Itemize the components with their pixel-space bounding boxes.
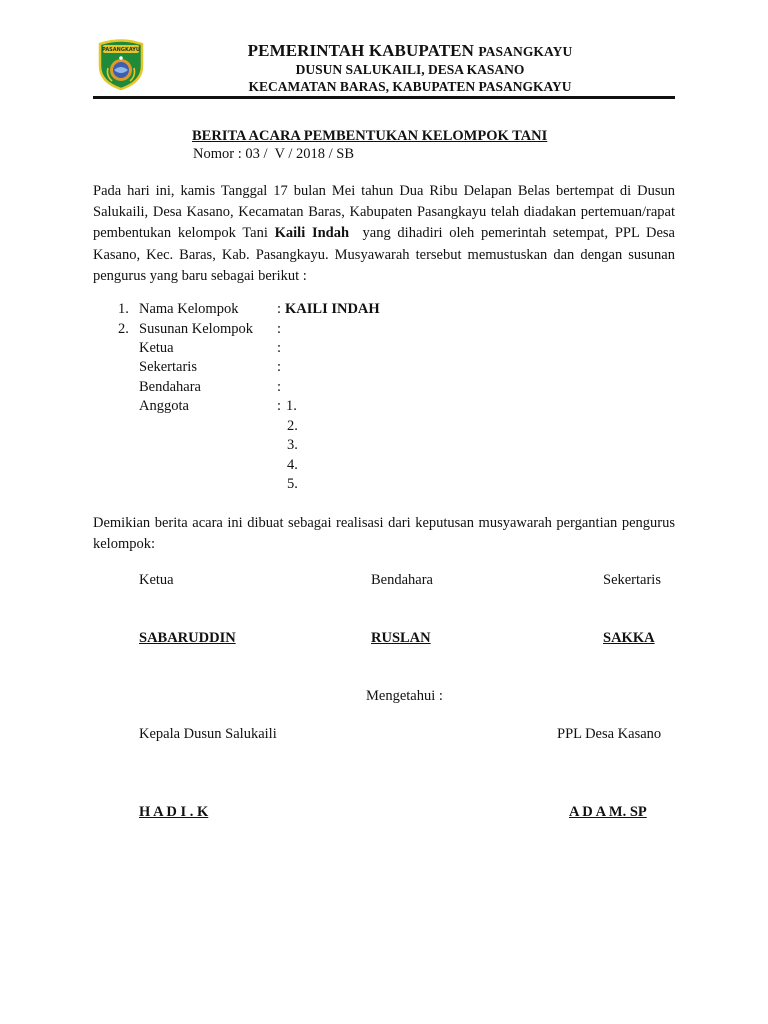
member-number: 3. [287, 436, 298, 454]
list-label: Nama Kelompok [139, 300, 238, 318]
letterhead-title: PEMERINTAH KABUPATEN PASANGKAYU [150, 41, 670, 62]
regency-crest-logo: PASANGKAYU [96, 38, 146, 90]
acknowledger-name-kepala-dusun: H A D I . K [139, 803, 208, 821]
member-number: 2. [287, 417, 298, 435]
svg-text:PASANGKAYU: PASANGKAYU [102, 47, 140, 53]
signatory-name-bendahara: RUSLAN [371, 629, 431, 647]
acknowledger-role-kepala-dusun: Kepala Dusun Salukaili [139, 725, 277, 743]
list-colon: : [277, 397, 281, 415]
member-number: 5. [287, 475, 298, 493]
document-number: Nomor : 03 / V / 2018 / SB [193, 145, 354, 163]
document-title: BERITA ACARA PEMBENTUKAN KELOMPOK TANI [192, 127, 547, 145]
list-label: Anggota [139, 397, 189, 415]
list-label: Sekertaris [139, 358, 197, 376]
list-colon: : [277, 378, 281, 396]
signatory-role-sekertaris: Sekertaris [603, 571, 661, 589]
letterhead-village: DUSUN SALUKAILI, DESA KASANO [150, 62, 670, 78]
closing-paragraph: Demikian berita acara ini dibuat sebagai… [93, 513, 675, 555]
list-number: 2. [118, 320, 129, 338]
list-label: Ketua [139, 339, 174, 357]
signatory-role-ketua: Ketua [139, 571, 174, 589]
member-number: 1. [286, 397, 297, 415]
signatory-name-ketua: SABARUDDIN [139, 629, 236, 647]
letterhead-divider [93, 96, 675, 99]
acknowledger-name-ppl: A D A M. SP [569, 803, 647, 821]
group-name-value: KAILI INDAH [285, 300, 380, 318]
signatory-name-sekertaris: SAKKA [603, 629, 655, 647]
letterhead-title-main: PEMERINTAH KABUPATEN [248, 41, 479, 60]
list-number: 1. [118, 300, 129, 318]
list-colon: : [277, 300, 281, 318]
list-colon: : [277, 320, 281, 338]
list-label: Bendahara [139, 378, 201, 396]
acknowledged-label: Mengetahui : [366, 687, 443, 705]
signatory-role-bendahara: Bendahara [371, 571, 433, 589]
acknowledger-role-ppl: PPL Desa Kasano [557, 725, 661, 743]
opening-paragraph: Pada hari ini, kamis Tanggal 17 bulan Me… [93, 181, 675, 287]
list-colon: : [277, 339, 281, 357]
letterhead-title-regency: PASANGKAYU [478, 44, 572, 59]
list-label: Susunan Kelompok [139, 320, 253, 338]
regency-crest-icon: PASANGKAYU [96, 38, 146, 90]
member-number: 4. [287, 456, 298, 474]
list-colon: : [277, 358, 281, 376]
letterhead-district: KECAMATAN BARAS, KABUPATEN PASANGKAYU [150, 79, 670, 95]
paragraph-group-name: Kaili Indah [275, 225, 349, 241]
